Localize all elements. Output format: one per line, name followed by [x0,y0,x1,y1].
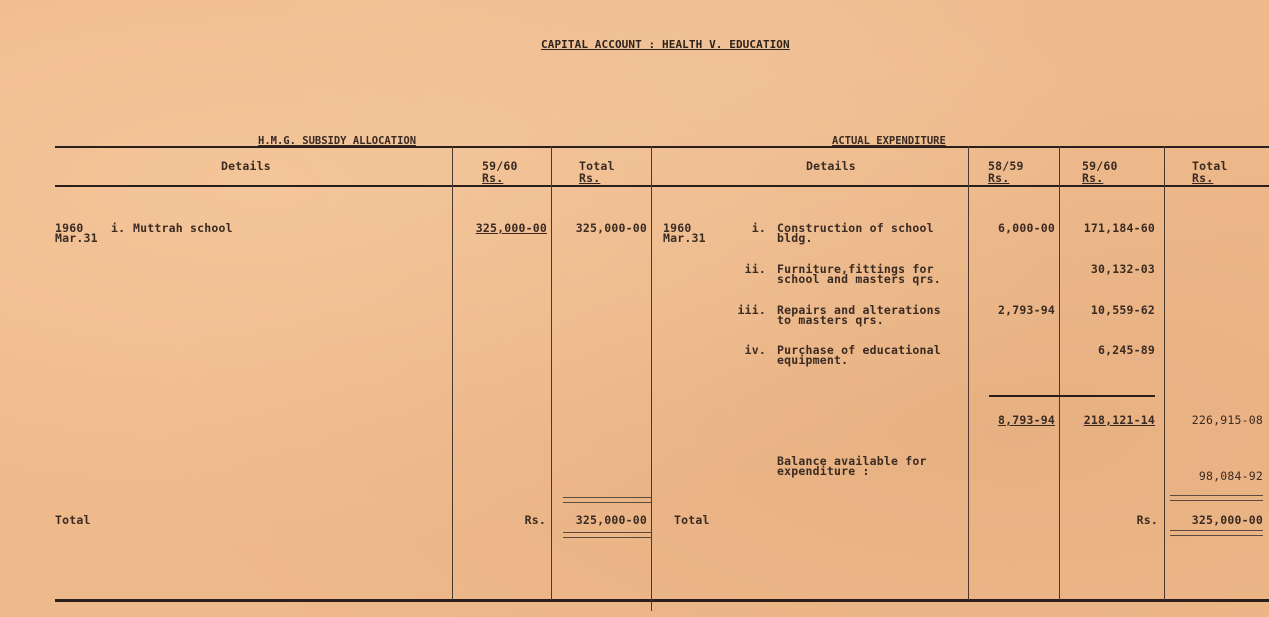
right-total-currency: Rs. [1100,514,1158,526]
col-divider [1164,146,1165,600]
subtotal-rule [989,395,1155,397]
header-rule [55,185,1269,187]
exp-row-num: iii. [700,304,766,316]
left-total-value: 325,000-00 [553,514,647,526]
section-divider [651,146,652,611]
exp-row-desc: equipment. [777,354,848,366]
left-total-label: Total [55,514,91,526]
left-total-double-rule [563,532,651,538]
subtotal-5859: 8,793-94 [970,414,1055,426]
exp-row-num: ii. [700,263,766,275]
right-total-label: Total [674,514,710,526]
col-divider [452,146,453,600]
balance-value: 98,084-92 [1166,470,1263,482]
exp-row-5859: 6,000-00 [970,222,1055,234]
left-row-date: Mar.31 [55,232,98,244]
left-total-currency: Rs. [490,514,546,526]
exp-row-5960: 30,132-03 [1061,263,1155,275]
exp-row-num: iv. [700,344,766,356]
right-5859-unit: Rs. [988,172,1009,184]
left-row-num: i. [111,222,125,234]
col-divider [1059,146,1060,600]
right-total-double-rule [1170,495,1263,501]
left-row-5960: 325,000-00 [455,222,547,234]
subtotal-total: 226,915-08 [1166,414,1263,426]
left-details-header: Details [221,160,271,172]
left-row-total: 325,000-00 [553,222,647,234]
right-total-value: 325,000-00 [1166,514,1263,526]
col-divider [551,146,552,600]
right-total-double-rule [1170,530,1263,536]
exp-row-5960: 6,245-89 [1061,344,1155,356]
top-rule [55,146,1269,148]
left-5960-unit: Rs. [482,172,503,184]
exp-row-desc: to masters qrs. [777,314,884,326]
exp-row-desc: bldg. [777,232,813,244]
left-row-desc: Muttrah school [133,222,233,234]
exp-row-5960: 10,559-62 [1061,304,1155,316]
left-total-unit: Rs. [579,172,600,184]
exp-row-5859: 2,793-94 [970,304,1055,316]
col-divider [968,146,969,600]
subtotal-5960: 218,121-14 [1061,414,1155,426]
exp-row-num: i. [700,222,766,234]
right-total-unit: Rs. [1192,172,1213,184]
document-title: CAPITAL ACCOUNT : HEALTH V. EDUCATION [541,38,790,51]
exp-row-5960: 171,184-60 [1061,222,1155,234]
left-total-double-rule [563,497,651,503]
right-details-header: Details [806,160,856,172]
bottom-rule [55,599,1269,602]
exp-row-desc: school and masters qrs. [777,273,941,285]
balance-label: expenditure : [777,465,870,477]
right-5960-unit: Rs. [1082,172,1103,184]
